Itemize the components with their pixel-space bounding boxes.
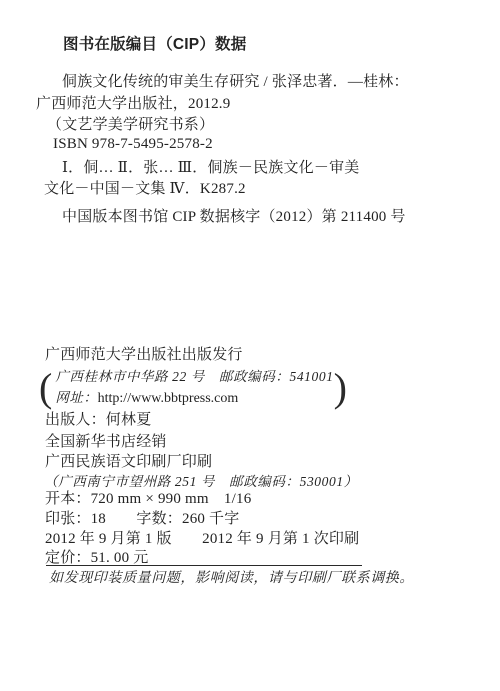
cip-isbn-line: ISBN 978-7-5495-2578-2 [53,135,213,153]
cip-classification-line-1: Ⅰ．侗… Ⅱ．张… Ⅲ．侗族－民族文化－审美 [62,159,360,177]
website-url: http://www.bbtpress.com [98,391,239,406]
cip-record-line-1: 侗族文化传统的审美生存研究 / 张泽忠著．—桂林： [62,73,409,91]
cip-heading: 图书在版编目（CIP）数据 [63,36,246,54]
cip-verification-line: 中国版本图书馆 CIP 数据核字（2012）第 211400 号 [62,208,406,226]
cip-classification-line-2: 文化－中国－文集 Ⅳ．K287.2 [44,180,246,198]
publisher-address-group: ( 广西桂林市中华路 22 号 邮政编码：541001 网址：http://ww… [39,366,347,409]
printer-address-line: （广西南宁市望州路 251 号 邮政编码：530001） [44,473,358,491]
publisher-address-lines: 广西桂林市中华路 22 号 邮政编码：541001 网址：http://www.… [52,366,333,409]
publisher-address-line: 广西桂林市中华路 22 号 邮政编码：541001 [55,366,333,387]
footer-divider-rule [46,565,362,566]
format-line: 开本：720 mm × 990 mm 1/16 [45,490,251,508]
close-parenthesis-glyph: ) [334,368,347,408]
sheets-line: 印张：18 字数：260 千字 [45,510,239,528]
book-copyright-page: 图书在版编目（CIP）数据 侗族文化传统的审美生存研究 / 张泽忠著．—桂林： … [0,0,500,691]
cip-series-line: （文艺学美学研究书系） [47,116,214,134]
edition-line: 2012 年 9 月第 1 版 2012 年 9 月第 1 次印刷 [45,530,359,548]
publisher-person-line: 出版人：何林夏 [45,411,151,429]
printer-line: 广西民族语文印刷厂印刷 [45,453,212,471]
cip-record-line-2: 广西师范大学出版社，2012.9 [36,95,230,113]
publisher-website-line: 网址：http://www.bbtpress.com [55,387,333,409]
website-label: 网址： [55,390,97,405]
quality-note-line: 如发现印装质量问题，影响阅读，请与印刷厂联系调换。 [49,570,414,588]
publisher-line: 广西师范大学出版社出版发行 [45,346,243,364]
distribution-line: 全国新华书店经销 [45,433,167,451]
open-parenthesis-glyph: ( [39,368,52,408]
